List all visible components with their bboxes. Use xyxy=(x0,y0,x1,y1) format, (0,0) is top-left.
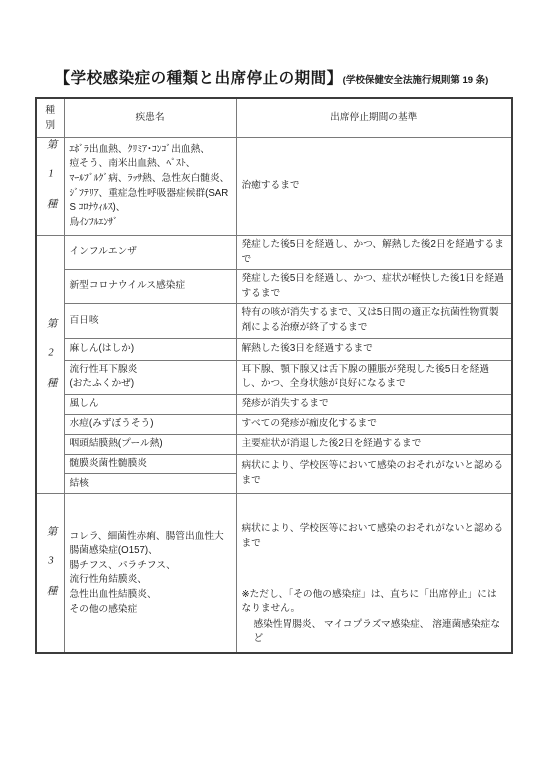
table-row-covid19: 新型コロナウイルス感染症 発症した後5日を経過し、かつ、症状が軽快した後1日を経… xyxy=(36,270,512,304)
table-row-type1: 第1種 ｴﾎﾞﾗ出血熱、ｸﾘﾐｱ･ｺﾝｺﾞ出血熱、 痘そう、南米出血熱、ﾍﾟｽﾄ… xyxy=(36,138,512,236)
category-cell-type3: 第3種 xyxy=(36,494,64,654)
table-row-rubella: 風しん 発疹が消失するまで xyxy=(36,394,512,414)
disease-cell-influenza: インフルエンザ xyxy=(64,236,236,270)
criteria-cell-mumps: 耳下腺、顎下腺又は舌下腺の腫脹が発現した後5日を経過し、かつ、全身状態が良好にな… xyxy=(236,360,512,394)
table-row-influenza: 第2種 インフルエンザ 発症した後5日を経過し、かつ、解熱した後2日を経過するま… xyxy=(36,236,512,270)
header-disease: 疾患名 xyxy=(64,98,236,138)
criteria-cell-type1: 治癒するまで xyxy=(236,138,512,236)
disease-cell-type1-list: ｴﾎﾞﾗ出血熱、ｸﾘﾐｱ･ｺﾝｺﾞ出血熱、 痘そう、南米出血熱、ﾍﾟｽﾄ、 ﾏｰ… xyxy=(64,138,236,236)
table-row-meningococcal-meningitis: 髄膜炎菌性髄膜炎 病状により、学校医等において感染のおそれがないと認めるまで xyxy=(36,454,512,474)
disease-cell-pharyngoconjunctival-fever: 咽頭結膜熱(プール熱) xyxy=(64,434,236,454)
table-row-varicella: 水痘(みずぼうそう) すべての発疹が痂皮化するまで xyxy=(36,414,512,434)
table-row-mumps: 流行性耳下腺炎 (おたふくかぜ) 耳下腺、顎下腺又は舌下腺の腫脹が発現した後5日… xyxy=(36,360,512,394)
disease-cell-rubella: 風しん xyxy=(64,394,236,414)
table-row-pertussis: 百日咳 特有の咳が消失するまで、又は5日間の適正な抗菌性物質製剤による治療が終了… xyxy=(36,304,512,338)
category-cell-type1: 第1種 xyxy=(36,138,64,236)
criteria-cell-covid19: 発症した後5日を経過し、かつ、症状が軽快した後1日を経過するまで xyxy=(236,270,512,304)
disease-cell-measles: 麻しん(はしか) xyxy=(64,338,236,360)
category-label-type1: 第1種 xyxy=(43,139,58,228)
header-category: 種別 xyxy=(36,98,64,138)
criteria-cell-influenza: 発症した後5日を経過し、かつ、解熱した後2日を経過するまで xyxy=(236,236,512,270)
disease-cell-mumps: 流行性耳下腺炎 (おたふくかぜ) xyxy=(64,360,236,394)
disease-cell-meningococcal-meningitis: 髄膜炎菌性髄膜炎 xyxy=(64,454,236,474)
disease-cell-type3-list: コレラ、細菌性赤痢、腸管出血性大腸菌感染症(O157)、 腸チフス、パラチフス、… xyxy=(64,494,236,654)
criteria-text-type3: 病状により、学校医等において感染のおそれがないと認めるまで xyxy=(242,522,507,551)
category-cell-type2: 第2種 xyxy=(36,236,64,494)
table-header-row: 種別 疾患名 出席停止期間の基準 xyxy=(36,98,512,138)
criteria-cell-measles: 解熱した後3日を経過するまで xyxy=(236,338,512,360)
disease-cell-tuberculosis: 結核 xyxy=(64,474,236,494)
criteria-cell-pharyngoconjunctival-fever: 主要症状が消退した後2日を経過するまで xyxy=(236,434,512,454)
table-row-pharyngoconjunctival-fever: 咽頭結膜熱(プール熱) 主要症状が消退した後2日を経過するまで xyxy=(36,434,512,454)
criteria-cell-rubella: 発疹が消失するまで xyxy=(236,394,512,414)
category-label-type2: 第2種 xyxy=(43,318,58,407)
disease-cell-covid19: 新型コロナウイルス感染症 xyxy=(64,270,236,304)
criteria-note-examples-type3: 感染性胃腸炎、 マイコプラズマ感染症、 溶連菌感染症など xyxy=(242,618,507,647)
disease-cell-pertussis: 百日咳 xyxy=(64,304,236,338)
criteria-note-type3: ※ただし、「その他の感染症」は、直ちに「出席停止」にはなりません。 xyxy=(242,588,507,617)
criteria-cell-varicella: すべての発疹が痂皮化するまで xyxy=(236,414,512,434)
table-row-type3: 第3種 コレラ、細菌性赤痢、腸管出血性大腸菌感染症(O157)、 腸チフス、パラ… xyxy=(36,494,512,654)
table-row-measles: 麻しん(はしか) 解熱した後3日を経過するまで xyxy=(36,338,512,360)
category-label-type3: 第3種 xyxy=(43,526,58,615)
criteria-cell-meningitis-tb-merged: 病状により、学校医等において感染のおそれがないと認めるまで xyxy=(236,454,512,494)
criteria-cell-type3: 病状により、学校医等において感染のおそれがないと認めるまで ※ただし、「その他の… xyxy=(236,494,512,654)
page-title: 【学校感染症の種類と出席停止の期間】(学校保健安全法施行規則第 19 条) xyxy=(0,66,543,88)
title-sub: (学校保健安全法施行規則第 19 条) xyxy=(343,75,489,86)
criteria-cell-pertussis: 特有の咳が消失するまで、又は5日間の適正な抗菌性物質製剤による治療が終了するまで xyxy=(236,304,512,338)
disease-cell-varicella: 水痘(みずぼうそう) xyxy=(64,414,236,434)
title-main: 【学校感染症の種類と出席停止の期間】 xyxy=(55,70,343,87)
header-criteria: 出席停止期間の基準 xyxy=(236,98,512,138)
disease-table: 種別 疾患名 出席停止期間の基準 第1種 ｴﾎﾞﾗ出血熱、ｸﾘﾐｱ･ｺﾝｺﾞ出血… xyxy=(35,97,513,654)
